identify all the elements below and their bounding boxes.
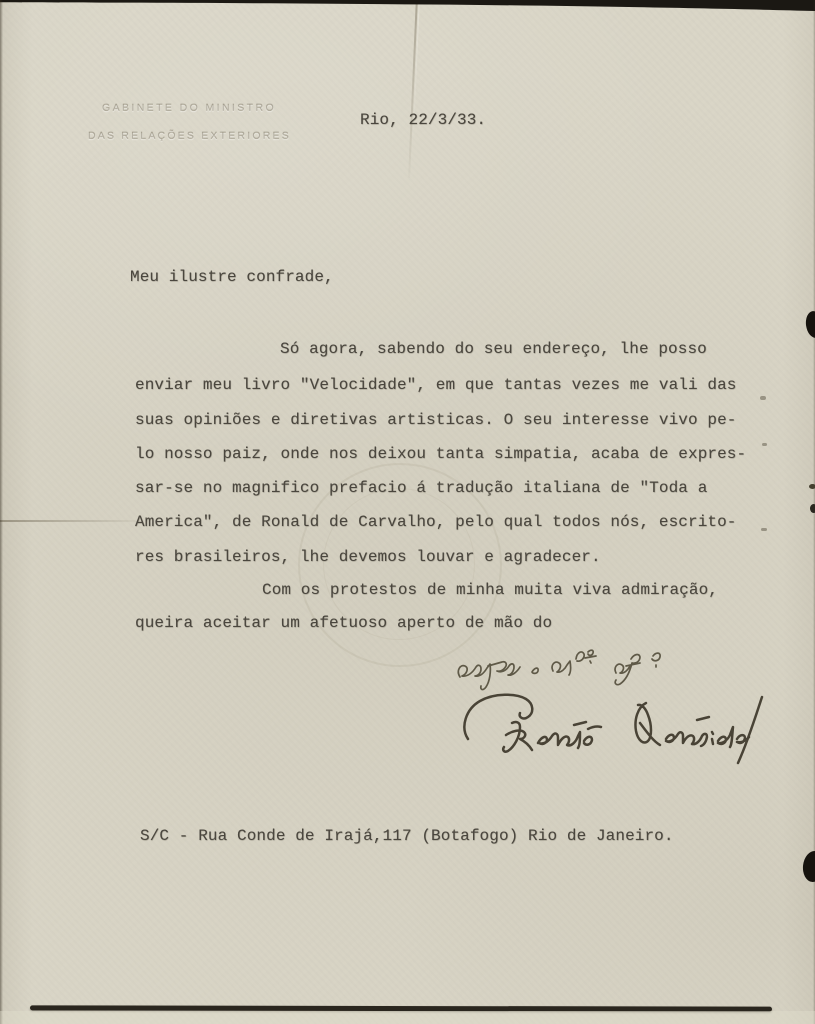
margin-smudge xyxy=(761,528,767,531)
handwritten-signature xyxy=(464,695,762,763)
ink-blot xyxy=(804,310,815,339)
fold-crease-vertical xyxy=(408,0,418,178)
ink-blot xyxy=(809,484,815,489)
sender-address-line: S/C - Rua Conde de Irajá,117 (Botafogo) … xyxy=(140,825,674,847)
body-line: America", de Ronald de Carvalho, pelo qu… xyxy=(135,511,737,533)
margin-smudge xyxy=(760,396,766,400)
margin-smudge xyxy=(762,443,767,446)
body-line: res brasileiros, lhe devemos louvar e ag… xyxy=(135,546,601,568)
handwritten-note xyxy=(458,650,660,689)
body-line: enviar meu livro "Velocidade", em que ta… xyxy=(135,374,737,396)
closing-line: Com os protestos de minha muita viva adm… xyxy=(262,579,718,601)
scanned-letter-page: GABINETE DO MINISTRO DAS RELAÇÕES EXTERI… xyxy=(0,0,815,1024)
scan-edge-bottom-paper xyxy=(0,1011,815,1024)
closing-line: queira aceitar um afetuoso aperto de mão… xyxy=(135,612,552,634)
scan-edge-left xyxy=(0,0,3,1024)
body-line: sar-se no magnifico prefacio á tradução … xyxy=(135,477,707,499)
ink-blot xyxy=(801,850,815,883)
body-line: Só agora, sabendo do seu endereço, lhe p… xyxy=(280,338,707,360)
body-line: suas opiniões e diretivas artisticas. O … xyxy=(135,409,737,431)
scan-edge-top xyxy=(0,0,815,14)
fold-crease-horizontal xyxy=(0,520,150,522)
handwriting-block xyxy=(450,635,790,780)
ink-blot xyxy=(810,504,815,513)
salutation: Meu ilustre confrade, xyxy=(130,266,334,288)
letterhead-line2: DAS RELAÇÕES EXTERIORES xyxy=(88,130,291,142)
dateline: Rio, 22/3/33. xyxy=(360,109,486,131)
letterhead-line1: GABINETE DO MINISTRO xyxy=(102,102,276,114)
body-line: lo nosso paiz, onde nos deixou tanta sim… xyxy=(135,443,746,465)
